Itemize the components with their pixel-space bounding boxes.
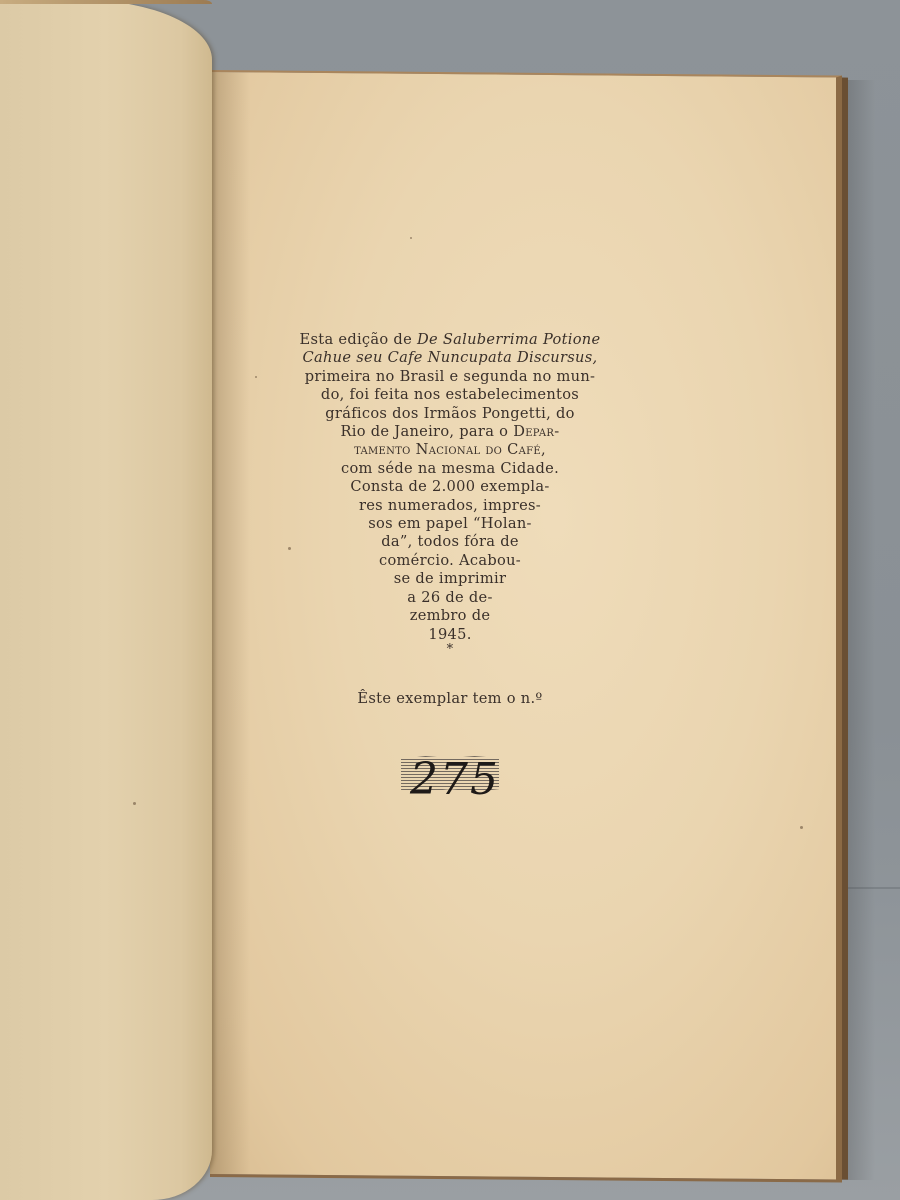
colophon-line: da”, todos fóra de bbox=[270, 533, 630, 551]
paper-speck bbox=[288, 547, 291, 550]
colophon-line: gráficos dos Irmãos Pongetti, do bbox=[270, 405, 630, 423]
colophon-line: primeira no Brasil e segunda no mun- bbox=[270, 368, 630, 386]
colophon-line: Esta edição de De Saluberrima Potione bbox=[270, 331, 630, 349]
left-page-curled bbox=[0, 0, 212, 1200]
paper-speck bbox=[133, 802, 136, 805]
colophon-line: se de imprimir bbox=[270, 570, 630, 588]
asterisk-ornament-icon: * bbox=[270, 644, 630, 656]
colophon-line: Consta de 2.000 exempla- bbox=[270, 478, 630, 496]
colophon-text: Esta edição de De Saluberrima Potione Ca… bbox=[270, 331, 630, 656]
colophon-line: Rio de Janeiro, para o Depar- bbox=[270, 423, 630, 441]
colophon-line: do, foi feita nos estabelecimentos bbox=[270, 386, 630, 404]
handwritten-copy-number: 275 bbox=[405, 740, 505, 820]
paper-speck bbox=[410, 237, 412, 239]
paper-speck bbox=[255, 376, 257, 378]
paper-speck bbox=[800, 826, 803, 829]
colophon-line: a 26 de de- bbox=[270, 589, 630, 607]
copy-number-label: Êste exemplar tem o n.º bbox=[270, 690, 630, 707]
colophon-line: comércio. Acabou- bbox=[270, 552, 630, 570]
colophon-line: res numerados, impres- bbox=[270, 497, 630, 515]
colophon-line: sos em papel “Holan- bbox=[270, 515, 630, 533]
colophon-line: com séde na mesma Cidade. bbox=[270, 460, 630, 478]
colophon-line: zembro de bbox=[270, 607, 630, 625]
colophon-line: Cahue seu Cafe Nuncupata Discursus, bbox=[270, 349, 630, 367]
colophon-line: tamento Nacional do Café, bbox=[270, 441, 630, 459]
